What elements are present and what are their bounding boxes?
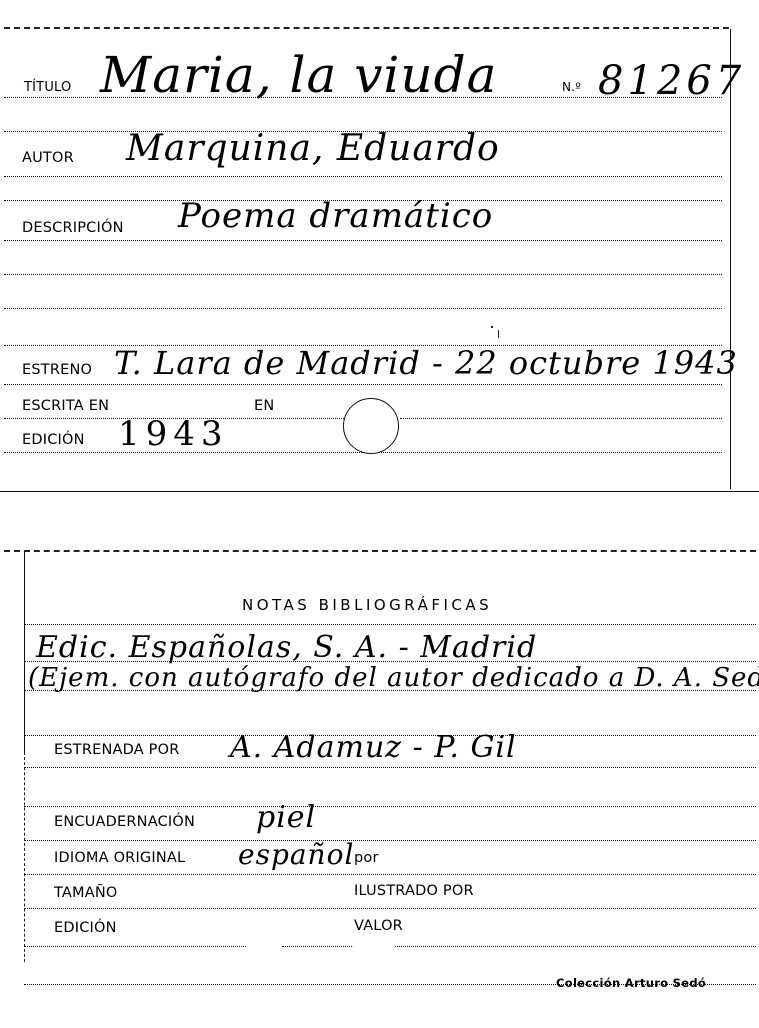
card-left-border (24, 752, 25, 962)
rule-line (4, 384, 722, 385)
rule-line (4, 176, 722, 177)
edicion-value: 1943 (118, 414, 229, 454)
numero-label: N.º (562, 80, 581, 94)
edicion-label: EDICIÓN (22, 432, 85, 448)
collection-footer: Colección Arturo Sedó (556, 976, 706, 990)
card-bottom-edge (0, 491, 759, 492)
estrenada-por-value: A. Adamuz - P. Gil (230, 730, 517, 765)
titulo-value: Maria, la viuda (100, 46, 497, 104)
punch-hole (343, 398, 399, 454)
en-label: EN (254, 398, 274, 414)
escrita-en-label: ESCRITA EN (22, 398, 109, 414)
titulo-label: TÍTULO (24, 80, 71, 95)
note-line-1: Edic. Españolas, S. A. - Madrid (36, 630, 537, 665)
valor-label: VALOR (354, 918, 403, 934)
ink-speck (498, 330, 499, 338)
rule-line (400, 418, 722, 419)
rule-line (24, 908, 756, 909)
idioma-original-label: IDIOMA ORIGINAL (54, 850, 185, 866)
encuadernacion-label: ENCUADERNACIÓN (54, 814, 195, 830)
numero-value: 81267 (598, 58, 745, 104)
estrenada-por-label: ESTRENADA POR (54, 742, 180, 758)
estreno-label: ESTRENO (22, 362, 92, 378)
autor-value: Marquina, Eduardo (126, 128, 500, 169)
rule-line (24, 874, 756, 875)
rule-line (24, 946, 246, 947)
rule-line (4, 274, 722, 275)
punch-hole (350, 936, 398, 978)
card-top-edge (4, 27, 729, 29)
rule-line (24, 767, 756, 768)
rule-line (24, 806, 756, 807)
note-line-2: (Ejem. con autógrafo del autor dedicado … (28, 663, 759, 693)
traducido-por-label: por (354, 850, 379, 866)
card-top-edge (4, 550, 756, 552)
tamano-label: TAMAÑO (54, 885, 118, 901)
ilustrado-por-label: ILUSTRADO POR (354, 883, 474, 899)
card-left-border (24, 552, 25, 752)
estreno-value: T. Lara de Madrid - 22 octubre 1943 (114, 344, 738, 382)
edicion-label: EDICIÓN (54, 920, 117, 936)
descripcion-label: DESCRIPCIÓN (22, 220, 124, 236)
idioma-original-value: español (238, 838, 354, 871)
rule-line (24, 624, 756, 625)
rule-line (24, 840, 756, 841)
rule-line (4, 240, 722, 241)
ink-speck (491, 326, 493, 328)
descripcion-value: Poema dramático (178, 196, 493, 236)
autor-label: AUTOR (22, 150, 74, 166)
notas-heading: NOTAS BIBLIOGRÁFICAS (242, 596, 492, 614)
rule-line (4, 308, 722, 309)
encuadernacion-value: piel (256, 800, 316, 835)
